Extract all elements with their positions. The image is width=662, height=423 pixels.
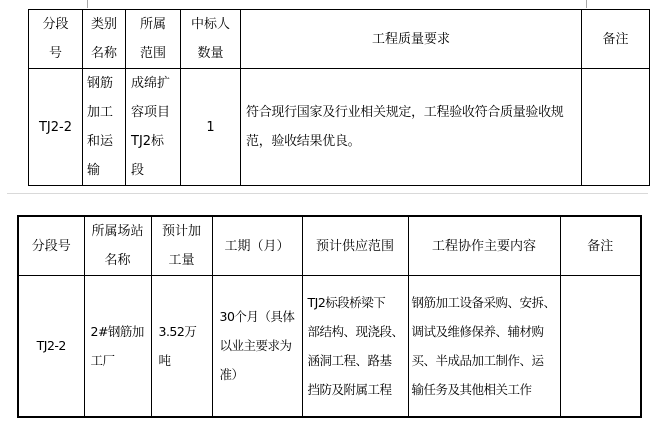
table2-cell-segment-no: TJ2-2	[18, 276, 84, 417]
table2-data-row: TJ2-2 2#钢筋加 工厂 3.52万 吨 30个月（具体 以业主要求为 准）…	[18, 276, 641, 417]
table2-header-row: 分段号 所属场站 名称 预计加 工量 工期（月） 预计供应范围 工程协作主要内容…	[18, 216, 641, 276]
gridline-tick-right	[586, 0, 587, 8]
table2-header-segment-no: 分段号	[18, 216, 84, 276]
table2-header-estimated-volume: 预计加 工量	[151, 216, 212, 276]
bid-quality-table: 分段 号 类别 名称 所属 范围 中标人 数量 工程质量要求 备注 TJ2-2 …	[28, 9, 650, 186]
table2-cell-remark	[560, 276, 641, 417]
table2-header-cooperation-content: 工程协作主要内容	[408, 216, 560, 276]
table1-cell-scope: 成绵扩 容项目 TJ2标 段	[126, 69, 181, 186]
table1-data-row: TJ2-2 钢筋 加工 和运 输 成绵扩 容项目 TJ2标 段 1 符合现行国家…	[29, 69, 650, 186]
table1-header-scope: 所属 范围	[126, 10, 181, 69]
table2-cell-estimated-volume: 3.52万 吨	[151, 276, 212, 417]
table2-cell-supply-scope: TJ2标段桥梁下 部结构、现浇段、 涵洞工程、路基 挡防及附属工程	[302, 276, 408, 417]
table1-header-segment-no: 分段 号	[29, 10, 83, 69]
table2-cell-cooperation-content: 钢筋加工设备采购、安拆、 调试及维修保养、辅材购 买、半成品加工制作、运 输任务…	[408, 276, 560, 417]
table1-header-remark: 备注	[582, 10, 650, 69]
table1-header-quality-requirement: 工程质量要求	[241, 10, 582, 69]
gridline-tick-left	[87, 0, 88, 8]
table1-cell-segment-no: TJ2-2	[29, 69, 83, 186]
table1-cell-winner-count: 1	[181, 69, 241, 186]
table1-header-row: 分段 号 类别 名称 所属 范围 中标人 数量 工程质量要求 备注	[29, 10, 650, 69]
processing-plant-table: 分段号 所属场站 名称 预计加 工量 工期（月） 预计供应范围 工程协作主要内容…	[17, 215, 642, 418]
table2-cell-duration-months: 30个月（具体 以业主要求为 准）	[212, 276, 302, 417]
table1-header-winner-count: 中标人 数量	[181, 10, 241, 69]
table1-header-category-name: 类别 名称	[83, 10, 126, 69]
table2-cell-station-name: 2#钢筋加 工厂	[84, 276, 151, 417]
table2-header-station-name: 所属场站 名称	[84, 216, 151, 276]
table2-header-duration-months: 工期（月）	[212, 216, 302, 276]
table2-header-supply-scope: 预计供应范围	[302, 216, 408, 276]
table-divider-line	[7, 193, 648, 194]
table2-header-remark: 备注	[560, 216, 641, 276]
table1-cell-category-name: 钢筋 加工 和运 输	[83, 69, 126, 186]
table1-cell-remark	[582, 69, 650, 186]
table1-cell-quality-requirement: 符合现行国家及行业相关规定，工程验收符合质量验收规 范，验收结果优良。	[241, 69, 582, 186]
